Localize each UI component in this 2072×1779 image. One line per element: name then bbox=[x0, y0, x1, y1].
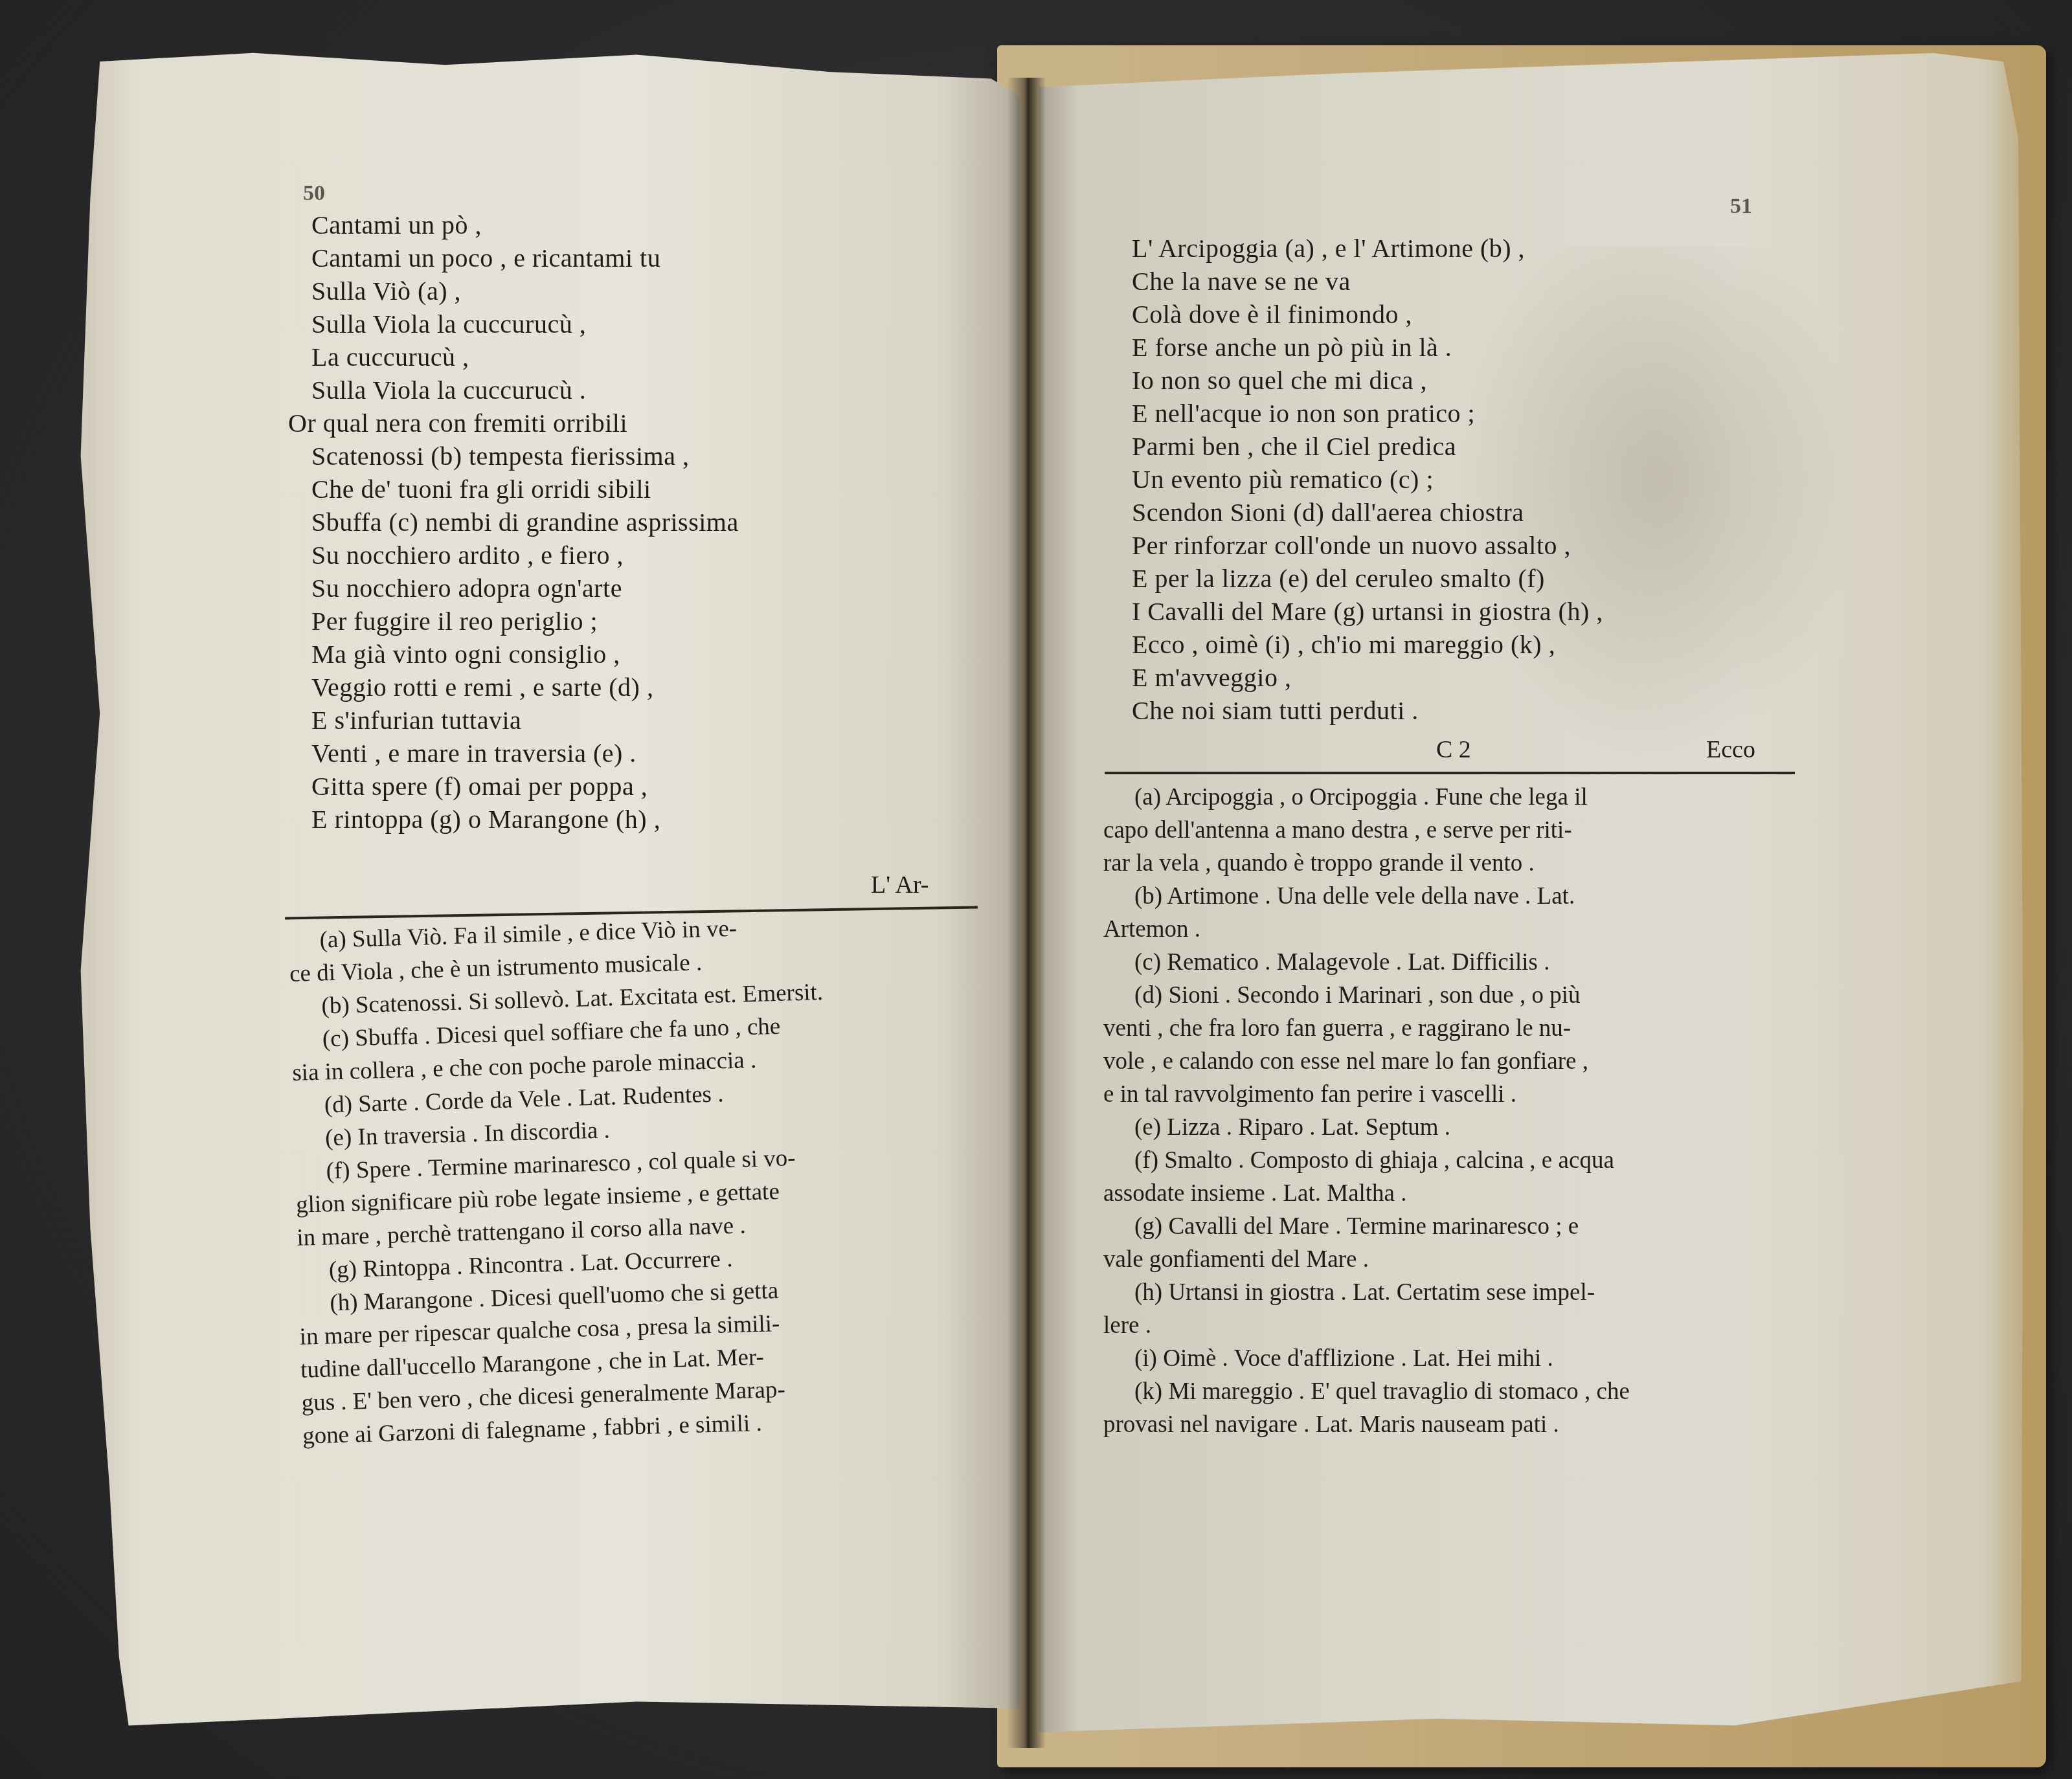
left-footnotes: (a) Sulla Viò. Fa il simile , e dice Viò… bbox=[288, 910, 835, 1453]
verse-line: Or qual nera con fremiti orribili bbox=[288, 407, 739, 440]
verse-line: E rintoppa (g) o Marangone (h) , bbox=[288, 803, 739, 836]
footnote-line: assodate insieme . Lat. Maltha . bbox=[1103, 1177, 1630, 1210]
verse-line: Per fuggire il reo periglio ; bbox=[288, 605, 739, 638]
verse-line: Veggio rotti e remi , e sarte (d) , bbox=[288, 671, 739, 704]
verse-line: E m'avveggio , bbox=[1132, 661, 1603, 694]
verse-line: Per rinforzar coll'onde un nuovo assalto… bbox=[1132, 529, 1603, 562]
signature-mark: C 2 bbox=[1436, 735, 1471, 764]
right-footnotes: (a) Arcipoggia , o Orcipoggia . Fune che… bbox=[1103, 781, 1630, 1441]
right-catchword: Ecco bbox=[1706, 735, 1755, 764]
right-footnote-rule bbox=[1105, 772, 1795, 774]
verse-line: L' Arcipoggia (a) , e l' Artimone (b) , bbox=[1132, 232, 1603, 265]
verse-line: Che de' tuoni fra gli orridi sibili bbox=[288, 473, 739, 506]
verse-line: Sulla Viò (a) , bbox=[288, 274, 739, 308]
verse-line: Cantami un pò , bbox=[288, 208, 739, 241]
footnote-line: (d) Sioni . Secondo i Marinari , son due… bbox=[1103, 979, 1630, 1012]
verse-line: Su nocchiero adopra ogn'arte bbox=[288, 572, 739, 605]
verse-line: Gitta spere (f) omai per poppa , bbox=[288, 770, 739, 803]
verse-line: Cantami un poco , e ricantami tu bbox=[288, 241, 739, 274]
footnote-line: (c) Rematico . Malagevole . Lat. Diffici… bbox=[1103, 946, 1630, 979]
footnote-line: (k) Mi mareggio . E' quel travaglio di s… bbox=[1103, 1375, 1630, 1408]
verse-line: E per la lizza (e) del ceruleo smalto (f… bbox=[1132, 562, 1603, 595]
verse-line: Io non so quel che mi dica , bbox=[1132, 364, 1603, 397]
verse-line: Su nocchiero ardito , e fiero , bbox=[288, 539, 739, 572]
verse-line: I Cavalli del Mare (g) urtansi in giostr… bbox=[1132, 595, 1603, 628]
footnote-line: vole , e calando con esse nel mare lo fa… bbox=[1103, 1045, 1630, 1078]
footnote-line: capo dell'antenna a mano destra , e serv… bbox=[1103, 814, 1630, 847]
left-catchword: L' Ar- bbox=[871, 871, 929, 899]
verse-line: La cuccurucù , bbox=[288, 341, 739, 374]
verse-line: Scendon Sioni (d) dall'aerea chiostra bbox=[1132, 496, 1603, 529]
footnote-line: venti , che fra loro fan guerra , e ragg… bbox=[1103, 1012, 1630, 1045]
footnote-line: provasi nel navigare . Lat. Maris nausea… bbox=[1103, 1408, 1630, 1441]
verse-line: Sbuffa (c) nembi di grandine asprissima bbox=[288, 506, 739, 539]
verse-line: Scatenossi (b) tempesta fierissima , bbox=[288, 440, 739, 473]
verse-line: Sulla Viola la cuccurucù . bbox=[288, 374, 739, 407]
footnote-line: (f) Smalto . Composto di ghiaja , calcin… bbox=[1103, 1144, 1630, 1177]
verse-line: E s'infurian tuttavia bbox=[288, 704, 739, 737]
book-gutter bbox=[1007, 78, 1046, 1748]
footnote-line: lere . bbox=[1103, 1309, 1630, 1342]
left-page-number: 50 bbox=[303, 181, 325, 206]
footnote-line: e in tal ravvolgimento fan perire i vasc… bbox=[1103, 1078, 1630, 1111]
verse-line: Che noi siam tutti perduti . bbox=[1132, 694, 1603, 727]
footnote-line: (e) Lizza . Riparo . Lat. Septum . bbox=[1103, 1111, 1630, 1144]
verse-line: Ecco , oimè (i) , ch'io mi mareggio (k) … bbox=[1132, 628, 1603, 661]
left-verse-block: Cantami un pò , Cantami un poco , e rica… bbox=[288, 208, 739, 836]
right-verse-block: L' Arcipoggia (a) , e l' Artimone (b) , … bbox=[1132, 232, 1603, 727]
verse-line: Parmi ben , che il Ciel predica bbox=[1132, 430, 1603, 463]
verse-line: Che la nave se ne va bbox=[1132, 265, 1603, 298]
footnote-line: vale gonfiamenti del Mare . bbox=[1103, 1243, 1630, 1276]
footnote-line: (h) Urtansi in giostra . Lat. Certatim s… bbox=[1103, 1276, 1630, 1309]
verse-line: Ma già vinto ogni consiglio , bbox=[288, 638, 739, 671]
verse-line: E nell'acque io non son pratico ; bbox=[1132, 397, 1603, 430]
verse-line: Venti , e mare in traversia (e) . bbox=[288, 737, 739, 770]
footnote-line: (i) Oimè . Voce d'afflizione . Lat. Hei … bbox=[1103, 1342, 1630, 1375]
footnote-line: Artemon . bbox=[1103, 913, 1630, 946]
footnote-line: rar la vela , quando è troppo grande il … bbox=[1103, 847, 1630, 880]
verse-line: E forse anche un pò più in là . bbox=[1132, 331, 1603, 364]
verse-line: Sulla Viola la cuccurucù , bbox=[288, 308, 739, 341]
footnote-line: (g) Cavalli del Mare . Termine marinares… bbox=[1103, 1210, 1630, 1243]
footnote-line: (b) Artimone . Una delle vele della nave… bbox=[1103, 880, 1630, 913]
right-page-number: 51 bbox=[1730, 194, 1752, 219]
verse-line: Un evento più rematico (c) ; bbox=[1132, 463, 1603, 496]
footnote-line: (a) Arcipoggia , o Orcipoggia . Fune che… bbox=[1103, 781, 1630, 814]
verse-line: Colà dove è il finimondo , bbox=[1132, 298, 1603, 331]
